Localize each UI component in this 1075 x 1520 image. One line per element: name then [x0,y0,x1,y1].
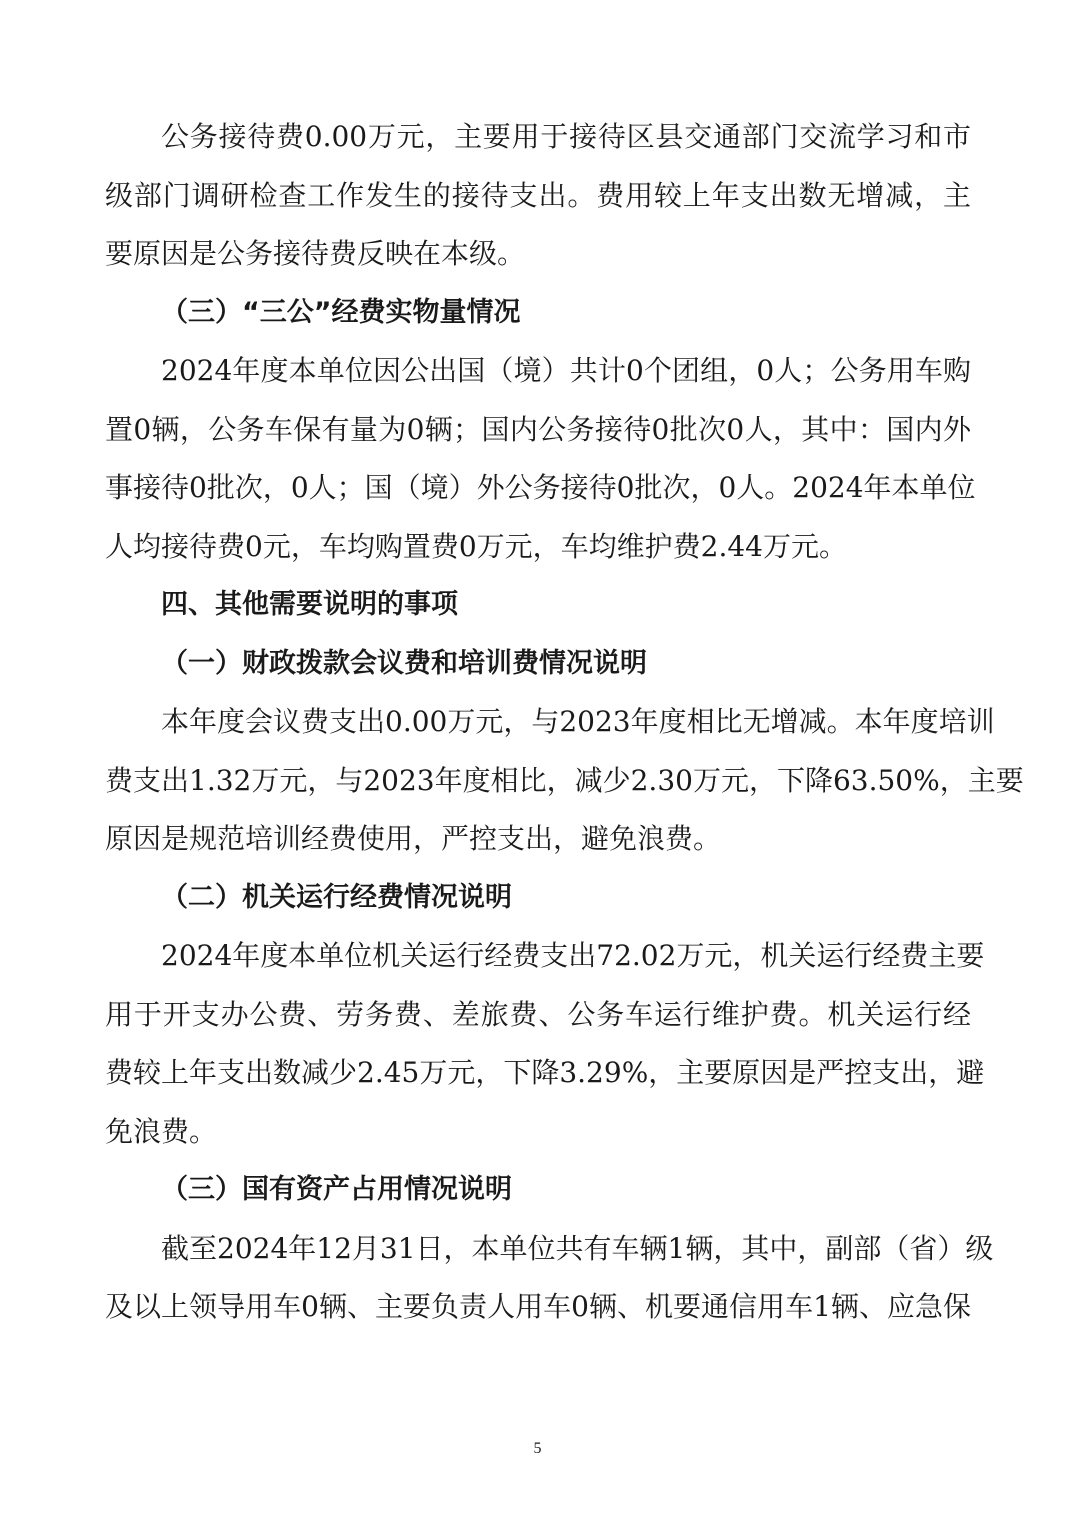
heading-state-assets: （三）国有资产占用情况说明 [105,1161,971,1220]
reception-expense-paragraph: 公务接待费0.00万元，主要用于接待区县交通部门交流学习和市 级部门调研检查工作… [105,108,971,284]
state-assets-paragraph: 截至2024年12月31日，本单位共有车辆1辆，其中，副部（省）级 及以上领导用… [105,1220,971,1337]
heading-operating-expense: （二）机关运行经费情况说明 [105,869,971,928]
meeting-training-paragraph: 本年度会议费支出0.00万元，与2023年度相比无增减。本年度培训 费支出1.3… [105,693,971,869]
paragraph-line: 事接待0批次，0人；国（境）外公务接待0批次，0人。2024年本单位 [105,459,971,518]
paragraph-line: 及以上领导用车0辆、主要负责人用车0辆、机要通信用车1辆、应急保 [105,1278,971,1337]
operating-expense-paragraph: 2024年度本单位机关运行经费支出72.02万元，机关运行经费主要 用于开支办公… [105,927,971,1161]
paragraph-line: 免浪费。 [105,1103,971,1162]
page-number: 5 [0,1440,1075,1458]
paragraph-line: 公务接待费0.00万元，主要用于接待区县交通部门交流学习和市 [105,108,971,167]
paragraph-line: 2024年度本单位机关运行经费支出72.02万元，机关运行经费主要 [105,927,971,986]
heading-section-four: 四、其他需要说明的事项 [105,576,971,635]
paragraph-line: 原因是规范培训经费使用，严控支出，避免浪费。 [105,810,971,869]
paragraph-line: 级部门调研检查工作发生的接待支出。费用较上年支出数无增减，主 [105,167,971,226]
paragraph-line: 人均接待费0元，车均购置费0万元，车均维护费2.44万元。 [105,518,971,577]
paragraph-line: 用于开支办公费、劳务费、差旅费、公务车运行维护费。机关运行经 [105,986,971,1045]
paragraph-line: 费较上年支出数减少2.45万元，下降3.29%，主要原因是严控支出，避 [105,1044,971,1103]
document-body: 公务接待费0.00万元，主要用于接待区县交通部门交流学习和市 级部门调研检查工作… [105,108,971,1337]
paragraph-line: 费支出1.32万元，与2023年度相比，减少2.30万元，下降63.50%，主要 [105,752,971,811]
paragraph-line: 要原因是公务接待费反映在本级。 [105,225,971,284]
paragraph-line: 2024年度本单位因公出国（境）共计0个团组，0人；公务用车购 [105,342,971,401]
paragraph-line: 本年度会议费支出0.00万元，与2023年度相比无增减。本年度培训 [105,693,971,752]
heading-three-public-physical: （三）“三公”经费实物量情况 [105,284,971,343]
three-public-physical-paragraph: 2024年度本单位因公出国（境）共计0个团组，0人；公务用车购 置0辆，公务车保… [105,342,971,576]
paragraph-line: 置0辆，公务车保有量为0辆；国内公务接待0批次0人，其中：国内外 [105,401,971,460]
heading-meeting-training: （一）财政拨款会议费和培训费情况说明 [105,635,971,694]
paragraph-line: 截至2024年12月31日，本单位共有车辆1辆，其中，副部（省）级 [105,1220,971,1279]
document-page: 公务接待费0.00万元，主要用于接待区县交通部门交流学习和市 级部门调研检查工作… [0,0,1075,1520]
